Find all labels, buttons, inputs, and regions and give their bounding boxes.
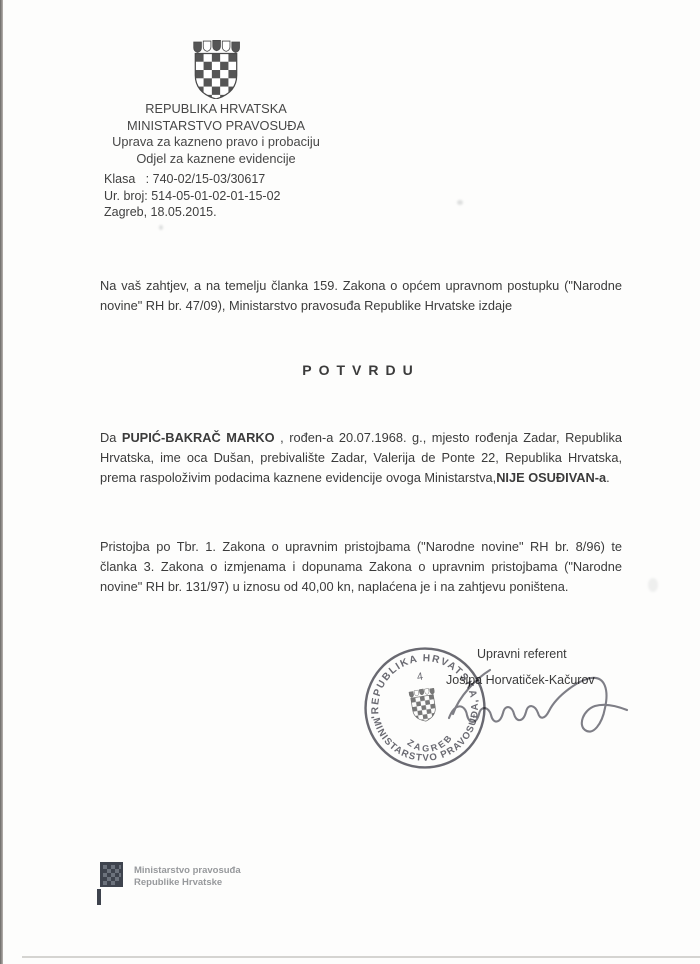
letterhead-directorate: Uprava za kazneno pravo i probaciju [62, 134, 370, 151]
document-page: REPUBLIKA HRVATSKA MINISTARSTVO PRAVOSUĐ… [0, 0, 700, 964]
letterhead-country: REPUBLIKA HRVATSKA [62, 101, 370, 118]
reference-block: Klasa : 740-02/15-03/30617 Ur. broj: 514… [104, 171, 281, 221]
subject-name: PUPIĆ-BAKRAČ MARKO [122, 430, 275, 445]
official-stamp: REPUBLIKA HRVATSKA MINISTARSTVO PRAVOSUĐ… [353, 636, 497, 780]
letterhead-department: Odjel za kaznene evidencije [62, 151, 370, 168]
subject-paragraph: Da PUPIĆ-BAKRAČ MARKO , rođen-a 20.07.19… [100, 428, 622, 488]
urbroj-line: Ur. broj: 514-05-01-02-01-15-02 [104, 188, 281, 205]
footer-org: Ministarstvo pravosuđa Republike Hrvatsk… [134, 865, 241, 888]
coat-of-arms-icon [192, 40, 240, 99]
scan-edge-bottom [22, 956, 700, 958]
stamp-separator-right: - [474, 695, 480, 707]
fee-paragraph: Pristojba po Tbr. 1. Zakona o upravnim p… [100, 537, 622, 597]
subject-verdict: NIJE OSUĐIVAN-a [496, 470, 606, 485]
stamp-coat-of-arms-icon [409, 687, 439, 723]
subject-end: . [606, 470, 610, 485]
intro-paragraph: Na vaš zahtjev, a na temelju članka 159.… [100, 276, 622, 316]
scan-artifact [457, 200, 463, 205]
stamp-number: 4 [416, 671, 424, 684]
certificate-title: POTVRDU [100, 360, 622, 380]
letterhead-ministry: MINISTARSTVO PRAVOSUĐA [62, 118, 370, 135]
footer-org-line2: Republike Hrvatske [134, 877, 241, 889]
signer-role: Upravni referent [477, 647, 567, 661]
ministry-logo-icon [96, 861, 126, 907]
klasa-line: Klasa : 740-02/15-03/30617 [104, 171, 281, 188]
letterhead: REPUBLIKA HRVATSKA MINISTARSTVO PRAVOSUĐ… [62, 40, 370, 167]
place-date-line: Zagreb, 18.05.2015. [104, 204, 281, 221]
scan-artifact [159, 225, 163, 230]
scan-edge-left [0, 0, 3, 964]
subject-lead: Da [100, 430, 122, 445]
footer-org-line1: Ministarstvo pravosuđa [134, 865, 241, 877]
scan-artifact [648, 578, 658, 592]
